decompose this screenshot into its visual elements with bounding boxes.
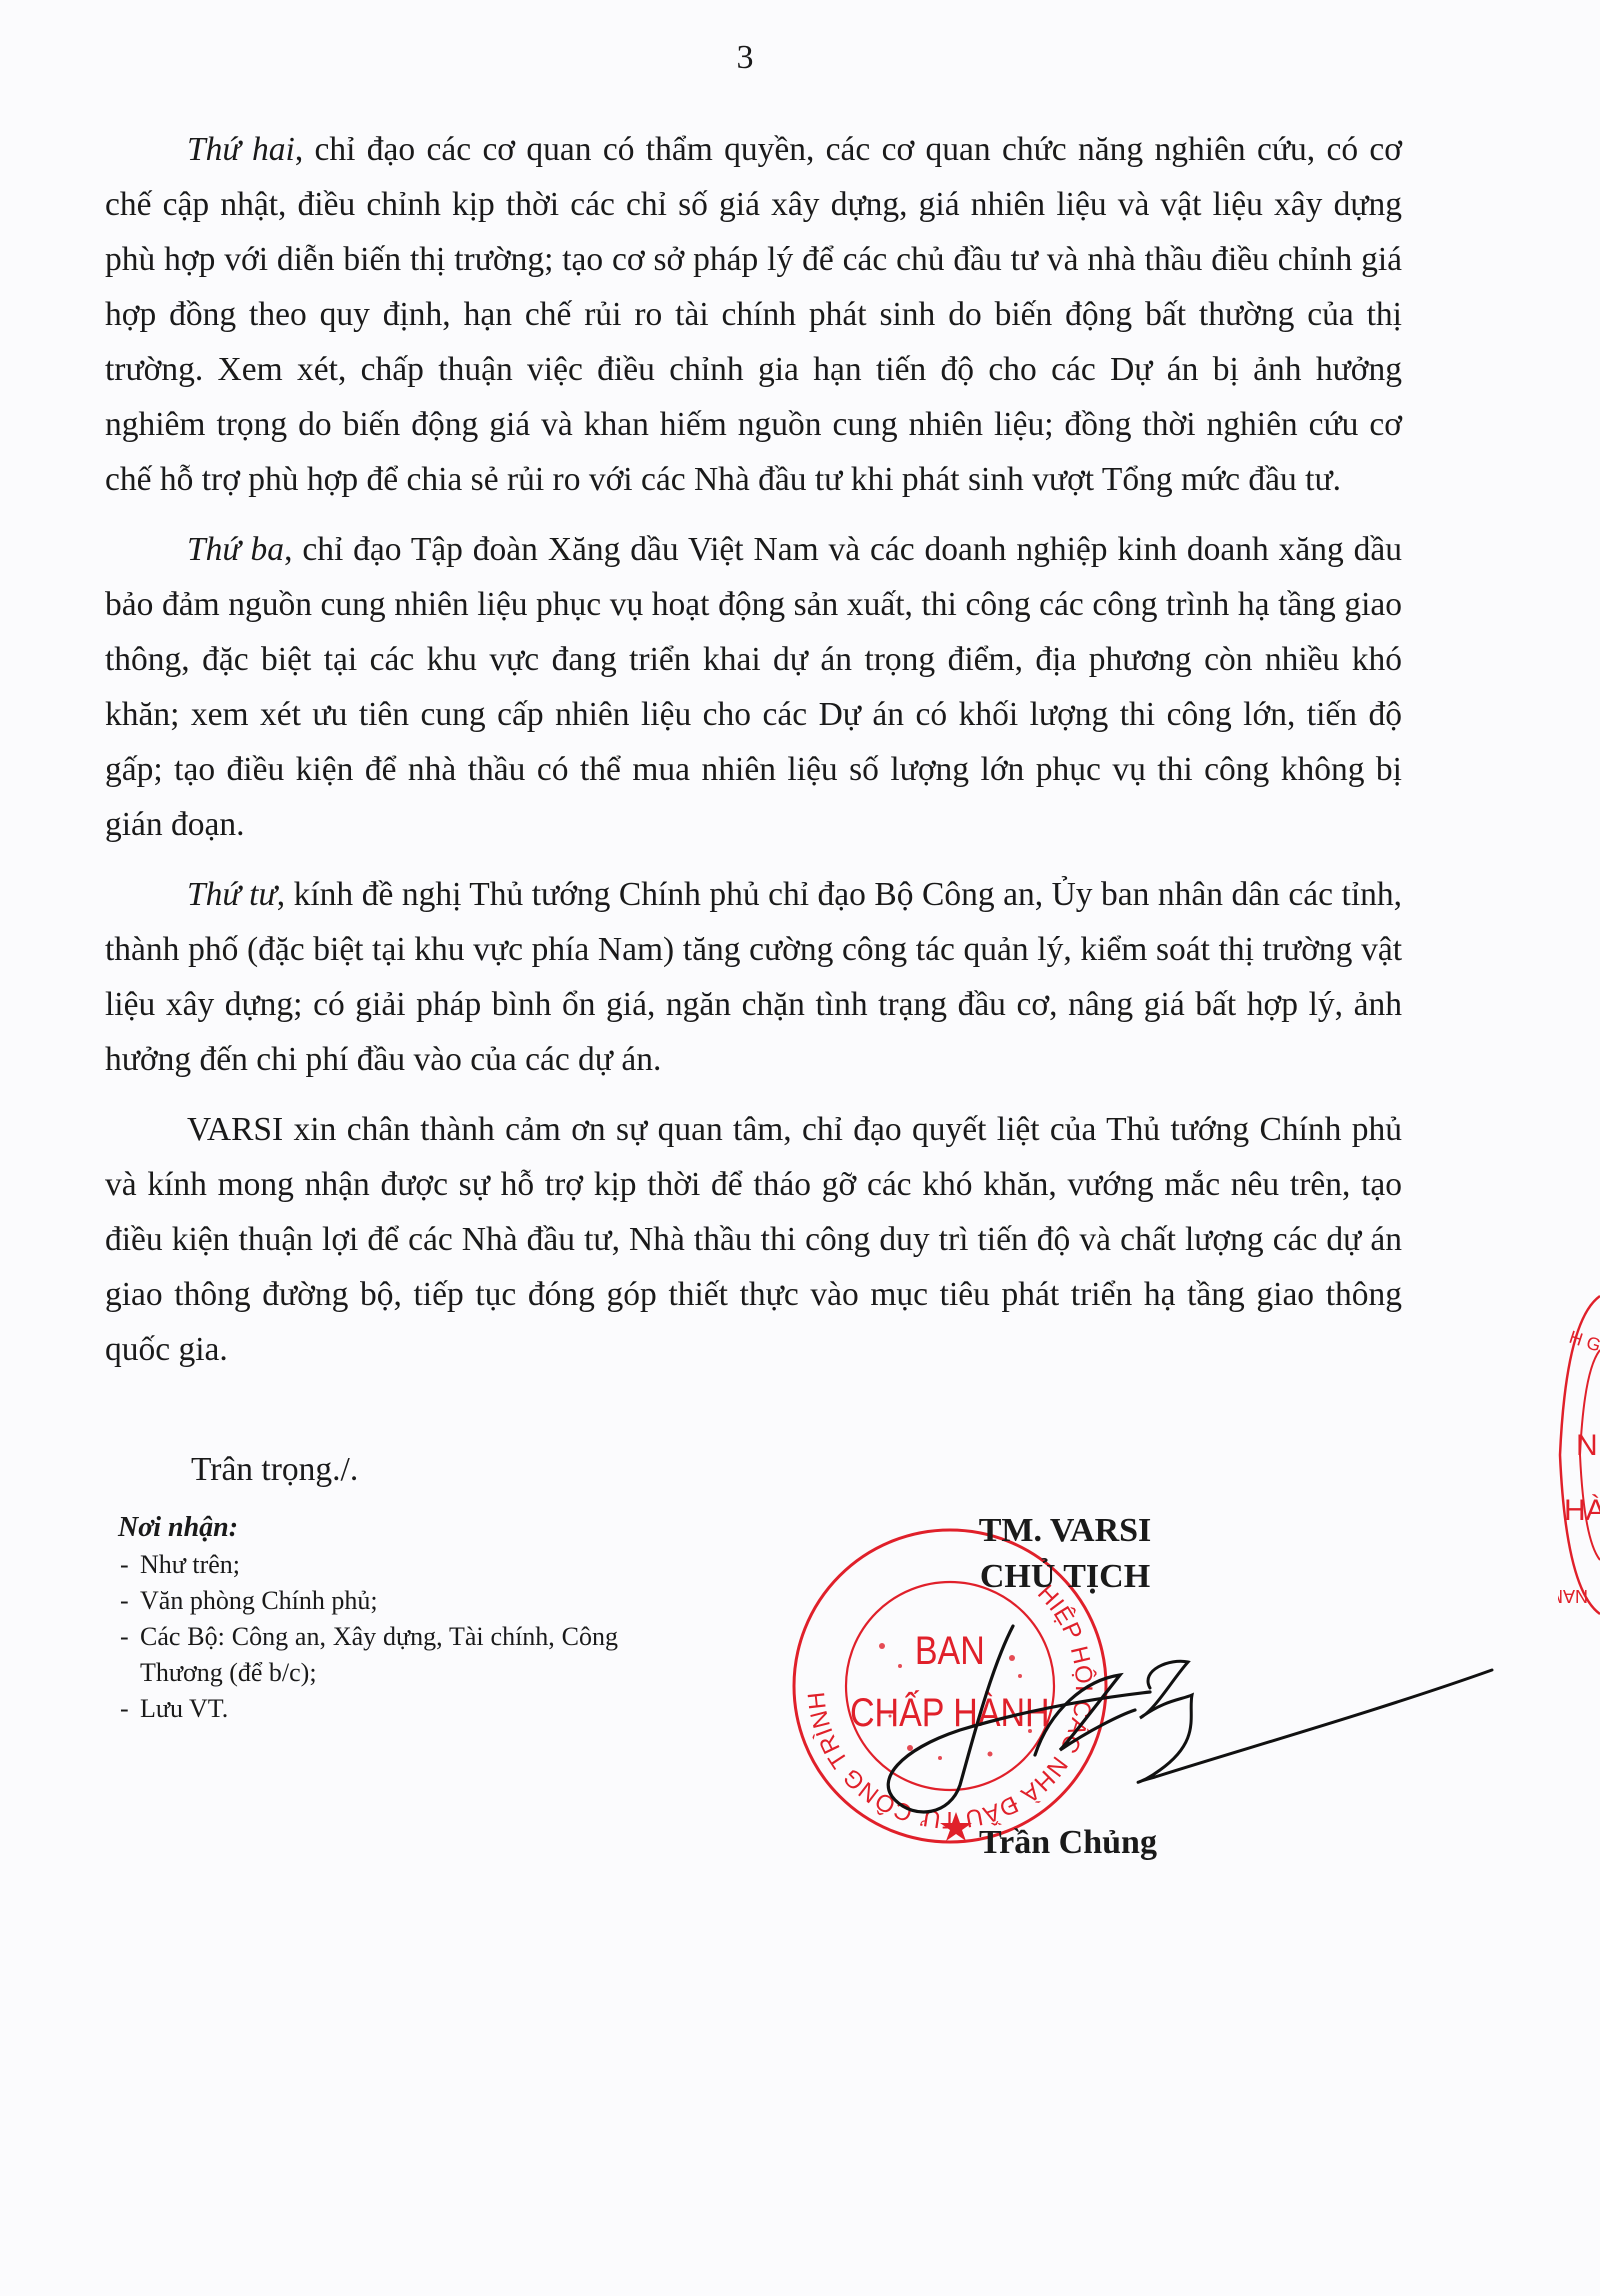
signer-position: CHỦ TỊCH (900, 1554, 1230, 1600)
recipient-item: Lưu VT. (118, 1691, 618, 1727)
paragraph-text: , kính đề nghị Thủ tướng Chính phủ chỉ đ… (105, 876, 1402, 1078)
handwritten-signature-icon (820, 1600, 1520, 1840)
paragraph-lead: Thứ tư (187, 876, 277, 913)
paragraph-text: , chỉ đạo Tập đoàn Xăng dầu Việt Nam và … (105, 531, 1402, 843)
partial-seal-fragment: HÀN (1564, 1494, 1600, 1527)
recipients-block: Nơi nhận: Như trên; Văn phòng Chính phủ;… (118, 1509, 618, 1727)
paragraph-second-request: Thứ hai, chỉ đạo các cơ quan có thẩm quy… (105, 122, 1402, 507)
recipients-title: Nơi nhận: (118, 1509, 618, 1547)
paragraph-thanks: VARSI xin chân thành cảm ơn sự quan tâm,… (105, 1102, 1402, 1377)
partial-seal-icon: H G N HÀN NAM (1558, 1290, 1600, 1620)
paragraph-fourth-request: Thứ tư, kính đề nghị Thủ tướng Chính phủ… (105, 867, 1402, 1087)
page-number: 3 (0, 38, 1490, 78)
recipient-item: Như trên; (118, 1547, 618, 1583)
paragraph-third-request: Thứ ba, chỉ đạo Tập đoàn Xăng dầu Việt N… (105, 522, 1402, 852)
signature-block: TM. VARSI CHỦ TỊCH (900, 1508, 1230, 1600)
partial-seal-fragment: N (1576, 1429, 1598, 1462)
paragraph-lead: Thứ ba (187, 531, 284, 568)
signer-organization: TM. VARSI (900, 1508, 1230, 1554)
paragraph-lead: Thứ hai (187, 131, 295, 168)
paragraph-text: VARSI xin chân thành cảm ơn sự quan tâm,… (105, 1111, 1402, 1368)
partial-seal-fragment: NAM (1558, 1586, 1588, 1606)
letter-body: Thứ hai, chỉ đạo các cơ quan có thẩm quy… (105, 122, 1402, 1392)
paragraph-text: , chỉ đạo các cơ quan có thẩm quyền, các… (105, 131, 1402, 498)
recipient-item: Các Bộ: Công an, Xây dựng, Tài chính, Cô… (118, 1619, 618, 1691)
partial-seal: H G N HÀN NAM (1558, 1290, 1600, 1620)
recipients-list: Như trên; Văn phòng Chính phủ; Các Bộ: C… (118, 1547, 618, 1727)
recipient-item: Văn phòng Chính phủ; (118, 1583, 618, 1619)
closing-salutation: Trân trọng./. (191, 1448, 358, 1492)
